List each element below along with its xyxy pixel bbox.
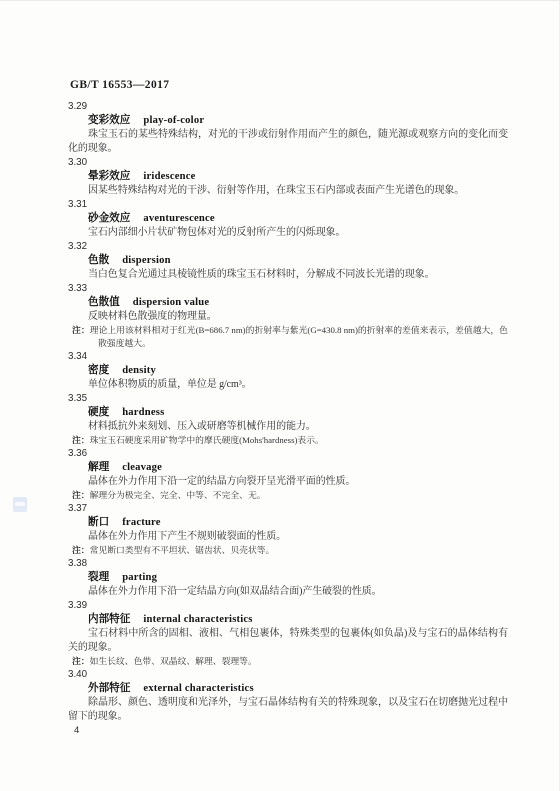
term-en: cleavage bbox=[122, 462, 162, 473]
clause-number: 3.37 bbox=[68, 502, 508, 516]
note-text: 解理分为极完全、完全、中等、不完全、无。 bbox=[90, 490, 266, 500]
term-en: hardness bbox=[122, 407, 164, 418]
definition-text: 因某些特殊结构对光的干涉、衍射等作用，在珠宝玉石内部或表面产生光谱色的现象。 bbox=[68, 184, 508, 198]
page-number: 4 bbox=[74, 724, 508, 738]
note-text: 常见断口类型有不平坦状、锯齿状、贝壳状等。 bbox=[90, 545, 275, 555]
term-cn: 色散值 bbox=[88, 297, 120, 308]
clause-number: 3.32 bbox=[68, 240, 508, 254]
term-cn: 密度 bbox=[88, 365, 109, 376]
term-en: aventurescence bbox=[143, 213, 214, 224]
term-cn: 外部特征 bbox=[88, 683, 130, 694]
term-line: 裂理parting bbox=[88, 571, 508, 585]
document-page: GB/T 16553—2017 3.29 变彩效应play-of-color 珠… bbox=[0, 0, 560, 791]
definition-text: 晶体在外力作用下沿一定的结晶方向裂开呈光滑平面的性质。 bbox=[68, 475, 508, 489]
note-label: 注： bbox=[72, 490, 90, 500]
term-line: 外部特征external characteristics bbox=[88, 682, 508, 696]
term-cn: 解理 bbox=[88, 462, 109, 473]
term-cn: 内部特征 bbox=[88, 614, 130, 625]
term-cn: 硬度 bbox=[88, 407, 109, 418]
clause-number: 3.31 bbox=[68, 198, 508, 212]
clause-number: 3.33 bbox=[68, 282, 508, 296]
term-line: 砂金效应aventurescence bbox=[88, 212, 508, 226]
term-cn: 砂金效应 bbox=[88, 213, 130, 224]
note: 注：如生长纹、色带、双晶纹、解理、裂理等。 bbox=[72, 655, 508, 668]
term-en: dispersion value bbox=[133, 297, 210, 308]
term-section-3-36: 3.36 解理cleavage 晶体在外力作用下沿一定的结晶方向裂开呈光滑平面的… bbox=[68, 447, 508, 502]
term-en: parting bbox=[122, 572, 157, 583]
term-section-3-30: 3.30 晕彩效应iridescence 因某些特殊结构对光的干涉、衍射等作用，… bbox=[68, 156, 508, 198]
definition-text: 宝石材料中所含的固相、液相、气相包裹体，特殊类型的包裹体(如负晶)及与宝石的晶体… bbox=[68, 627, 508, 655]
definition-text: 晶体在外力作用下产生不规则破裂面的性质。 bbox=[68, 530, 508, 544]
clause-number: 3.34 bbox=[68, 350, 508, 364]
definition-text: 宝石内部细小片状矿物包体对光的反射所产生的闪烁现象。 bbox=[68, 226, 508, 240]
term-cn: 色散 bbox=[88, 255, 109, 266]
definition-text: 材料抵抗外来刻划、压入或研磨等机械作用的能力。 bbox=[68, 420, 508, 434]
note: 注：理论上用该材料相对于红光(B=686.7 nm)的折射率与紫光(G=430.… bbox=[72, 324, 508, 350]
note-text: 理论上用该材料相对于红光(B=686.7 nm)的折射率与紫光(G=430.8 … bbox=[90, 325, 508, 348]
definition-text: 当白色复合光通过具棱镜性质的珠宝玉石材料时，分解成不同波长光谱的现象。 bbox=[68, 268, 508, 282]
term-line: 硬度hardness bbox=[88, 406, 508, 420]
note: 注：解理分为极完全、完全、中等、不完全、无。 bbox=[72, 489, 508, 502]
definition-text: 珠宝玉石的某些特殊结构，对光的干涉或衍射作用而产生的颜色，随光源或观察方向的变化… bbox=[68, 128, 508, 156]
term-line: 变彩效应play-of-color bbox=[88, 114, 508, 128]
note: 注：常见断口类型有不平坦状、锯齿状、贝壳状等。 bbox=[72, 544, 508, 557]
term-section-3-40: 3.40 外部特征external characteristics 除晶形、颜色… bbox=[68, 668, 508, 724]
definition-text: 反映材料色散强度的物理量。 bbox=[68, 310, 508, 324]
term-cn: 裂理 bbox=[88, 572, 109, 583]
term-line: 色散dispersion bbox=[88, 254, 508, 268]
clause-number: 3.36 bbox=[68, 447, 508, 461]
note-label: 注： bbox=[72, 545, 90, 555]
term-section-3-29: 3.29 变彩效应play-of-color 珠宝玉石的某些特殊结构，对光的干涉… bbox=[68, 100, 508, 156]
terminology-content: 3.29 变彩效应play-of-color 珠宝玉石的某些特殊结构，对光的干涉… bbox=[68, 100, 508, 738]
term-line: 色散值dispersion value bbox=[88, 296, 508, 310]
note-text: 珠宝玉石硬度采用矿物学中的摩氏硬度(Mohs'hardness)表示。 bbox=[90, 435, 324, 445]
term-section-3-31: 3.31 砂金效应aventurescence 宝石内部细小片状矿物包体对光的反… bbox=[68, 198, 508, 240]
term-line: 密度density bbox=[88, 364, 508, 378]
standard-number-header: GB/T 16553—2017 bbox=[70, 79, 169, 91]
note-label: 注： bbox=[72, 435, 90, 445]
term-line: 断口fracture bbox=[88, 516, 508, 530]
term-cn: 断口 bbox=[88, 517, 109, 528]
term-line: 晕彩效应iridescence bbox=[88, 170, 508, 184]
term-section-3-32: 3.32 色散dispersion 当白色复合光通过具棱镜性质的珠宝玉石材料时，… bbox=[68, 240, 508, 282]
definition-text: 晶体在外力作用下沿一定结晶方向(如双晶结合面)产生破裂的性质。 bbox=[68, 585, 508, 599]
note-label: 注： bbox=[72, 325, 90, 335]
term-en: play-of-color bbox=[143, 115, 204, 126]
term-en: density bbox=[122, 365, 156, 376]
term-section-3-39: 3.39 内部特征internal characteristics 宝石材料中所… bbox=[68, 599, 508, 668]
term-en: external characteristics bbox=[143, 683, 253, 694]
note-text: 如生长纹、色带、双晶纹、解理、裂理等。 bbox=[90, 656, 257, 666]
definition-text: 除晶形、颜色、透明度和光泽外，与宝石晶体结构有关的特殊现象，以及宝石在切磨抛光过… bbox=[68, 696, 508, 724]
clause-number: 3.39 bbox=[68, 599, 508, 613]
scanner-watermark-logo bbox=[13, 497, 27, 512]
term-en: dispersion bbox=[122, 255, 171, 266]
term-en: fracture bbox=[122, 517, 160, 528]
clause-number: 3.35 bbox=[68, 392, 508, 406]
definition-text: 单位体积物质的质量，单位是 g/cm³。 bbox=[68, 378, 508, 392]
term-cn: 晕彩效应 bbox=[88, 171, 130, 182]
clause-number: 3.30 bbox=[68, 156, 508, 170]
note: 注：珠宝玉石硬度采用矿物学中的摩氏硬度(Mohs'hardness)表示。 bbox=[72, 434, 508, 447]
term-line: 解理cleavage bbox=[88, 461, 508, 475]
term-en: iridescence bbox=[143, 171, 195, 182]
term-line: 内部特征internal characteristics bbox=[88, 613, 508, 627]
clause-number: 3.38 bbox=[68, 557, 508, 571]
term-section-3-35: 3.35 硬度hardness 材料抵抗外来刻划、压入或研磨等机械作用的能力。 … bbox=[68, 392, 508, 447]
clause-number: 3.40 bbox=[68, 668, 508, 682]
term-section-3-38: 3.38 裂理parting 晶体在外力作用下沿一定结晶方向(如双晶结合面)产生… bbox=[68, 557, 508, 599]
note-label: 注： bbox=[72, 656, 90, 666]
term-en: internal characteristics bbox=[143, 614, 252, 625]
clause-number: 3.29 bbox=[68, 100, 508, 114]
term-cn: 变彩效应 bbox=[88, 115, 130, 126]
term-section-3-34: 3.34 密度density 单位体积物质的质量，单位是 g/cm³。 bbox=[68, 350, 508, 392]
term-section-3-33: 3.33 色散值dispersion value 反映材料色散强度的物理量。 注… bbox=[68, 282, 508, 350]
term-section-3-37: 3.37 断口fracture 晶体在外力作用下产生不规则破裂面的性质。 注：常… bbox=[68, 502, 508, 557]
